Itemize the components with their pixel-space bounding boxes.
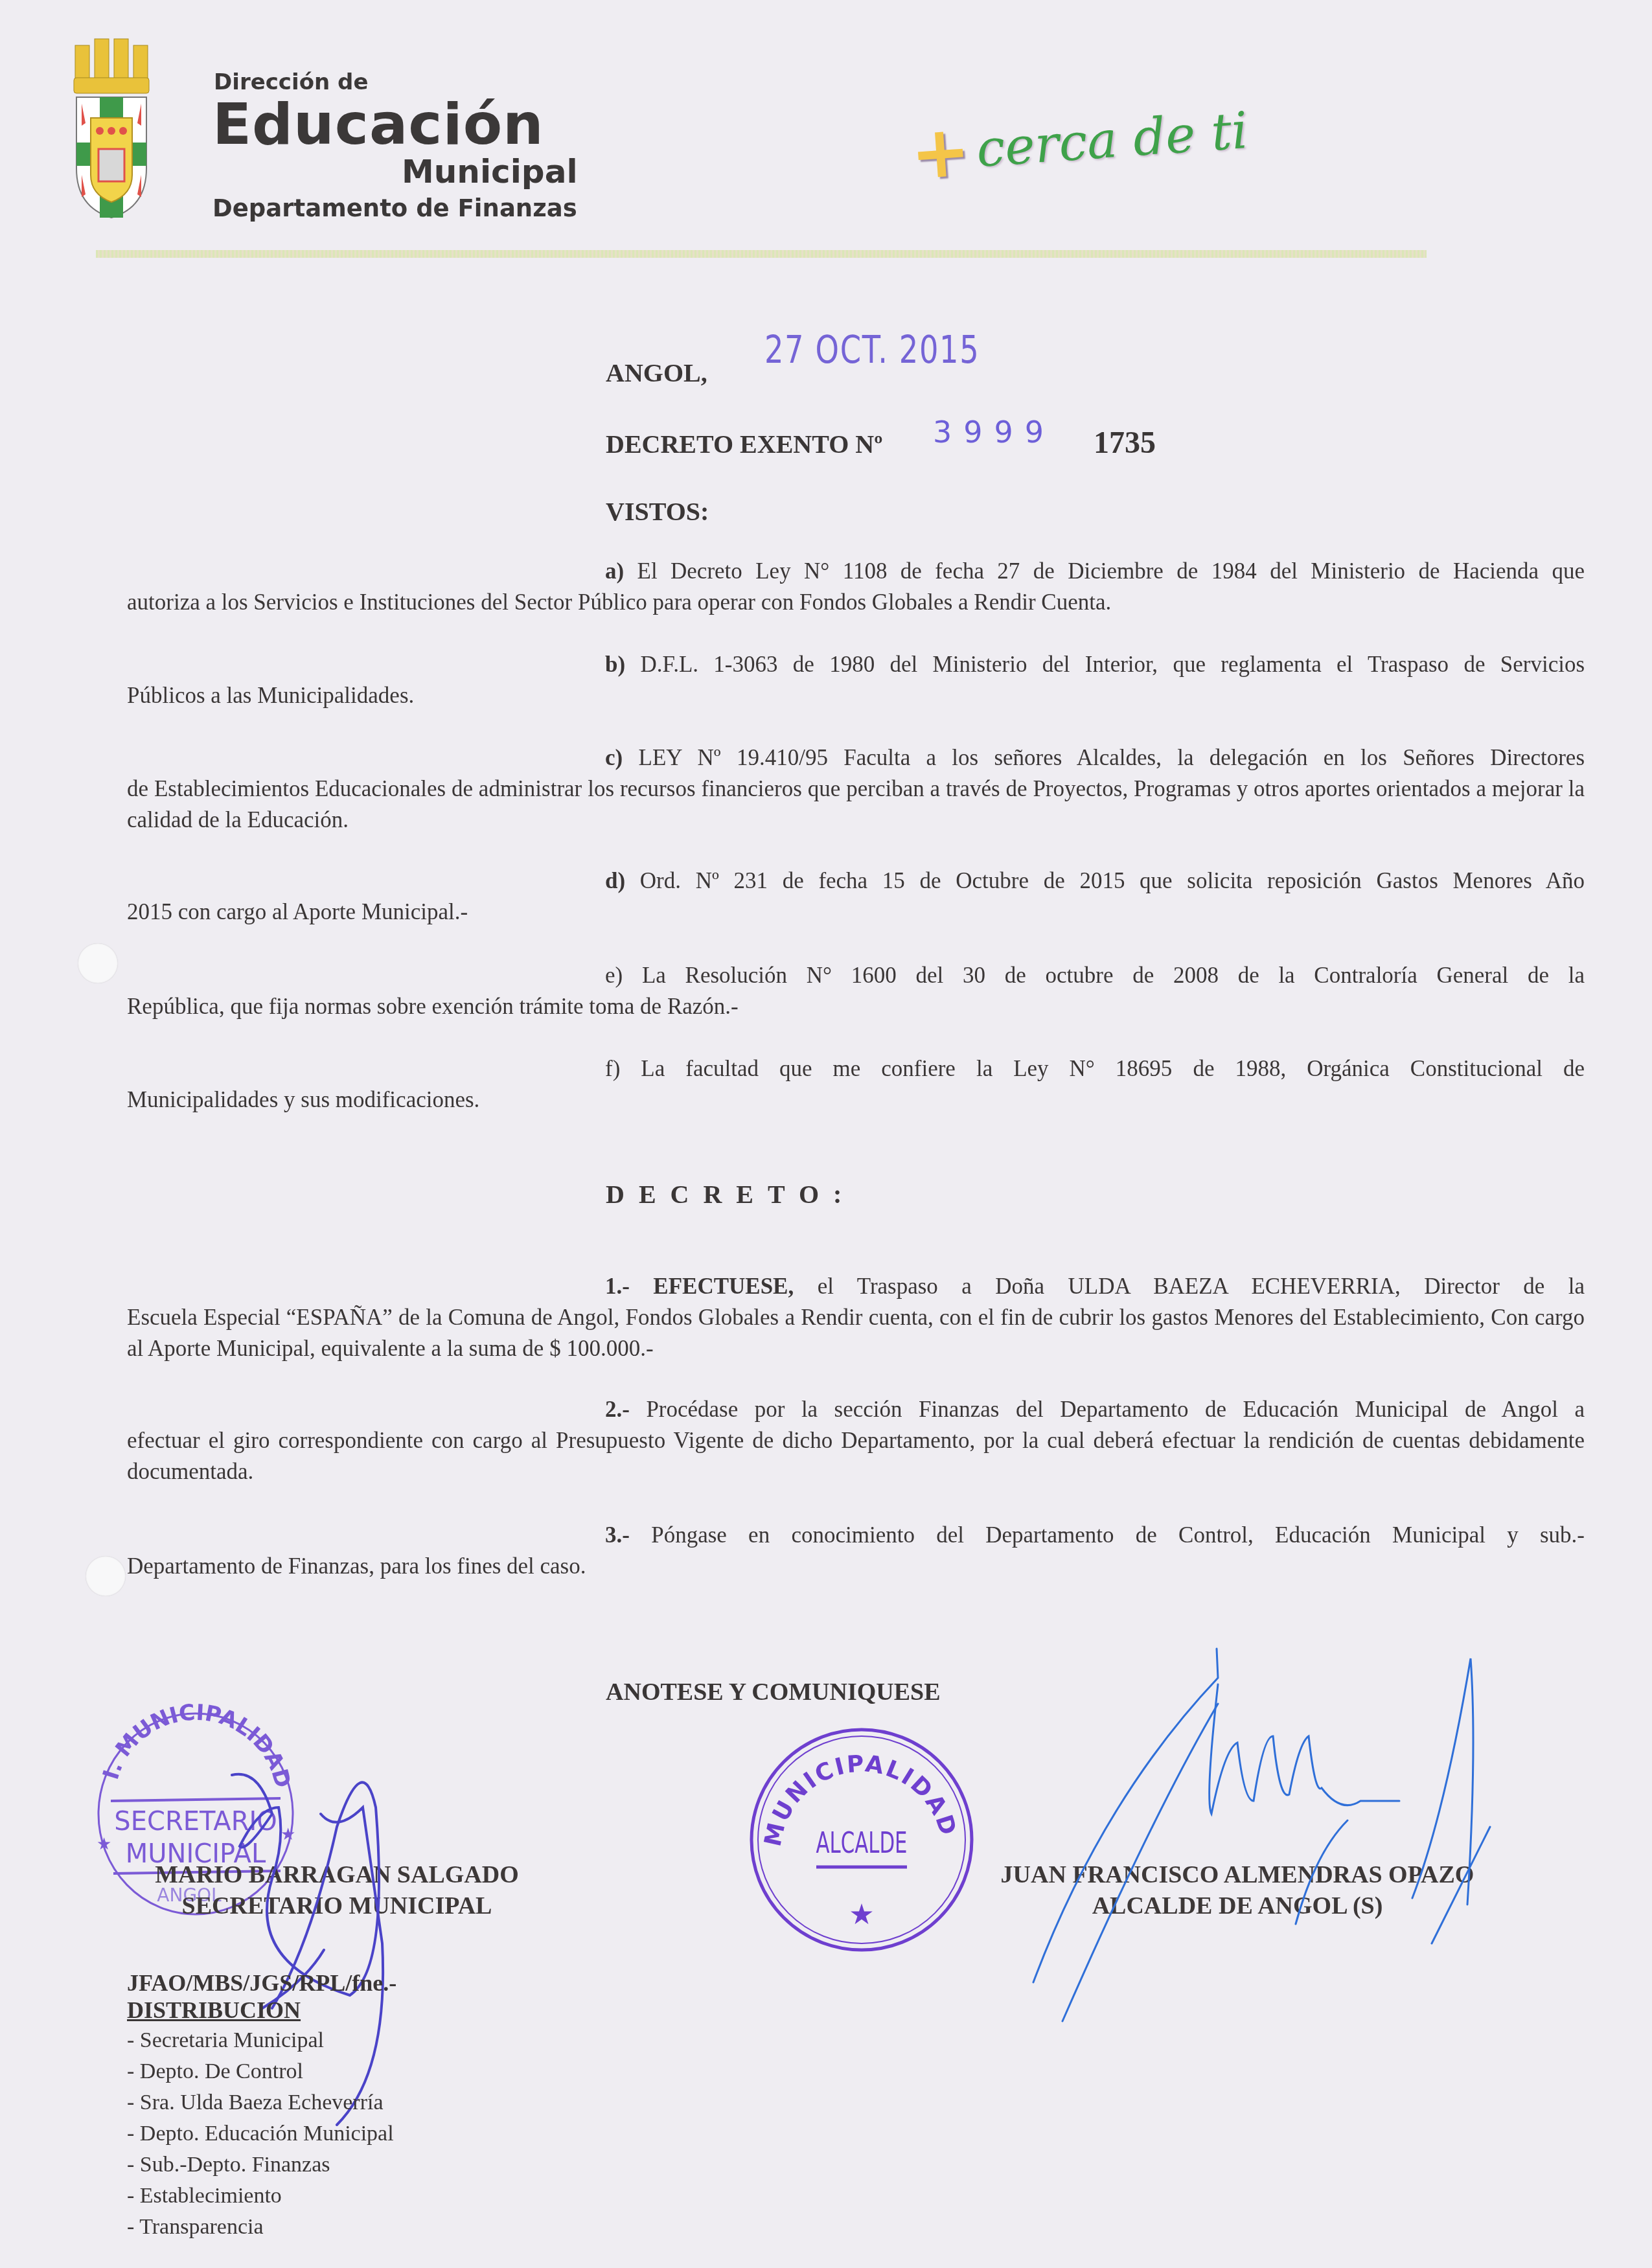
item-rest: efectuar el giro correspondiente con car… [127, 1428, 1585, 1484]
letterhead-educacion: Educación [212, 91, 544, 157]
stamp-center-text: ALCALDE [816, 1826, 907, 1859]
vistos-item-f: f) La facultad que me confiere la Ley N°… [127, 1053, 1585, 1116]
svg-text:★: ★ [849, 1899, 874, 1930]
item-first-line: D.F.L. 1-3063 de 1980 del Ministerio del… [640, 652, 1585, 677]
vistos-item-a: a) El Decreto Ley N° 1108 de fecha 27 de… [127, 556, 1585, 618]
item-first-line: Póngase en conocimiento del Departamento… [651, 1522, 1585, 1548]
svg-text:★: ★ [97, 1835, 111, 1853]
mayor-stamp: MUNICIPALIDAD DE ANGOL ALCALDE ★ [745, 1723, 978, 1956]
stamp-arc-text: I. MUNICIPALIDAD [98, 1704, 295, 1791]
item-first-line: Procédase por la sección Finanzas del De… [646, 1397, 1585, 1422]
item-lead: 3.- [605, 1522, 630, 1548]
signer-title: ALCALDE DE ANGOL (S) [972, 1890, 1503, 1921]
vistos-heading: VISTOS: [606, 496, 709, 527]
item-first-line: el Traspaso a Doña ULDA BAEZA ECHEVERRIA… [818, 1274, 1585, 1299]
distribution-item: - Depto. De Control [127, 2056, 394, 2087]
header-divider [96, 250, 1427, 258]
vistos-item-b: b) D.F.L. 1-3063 de 1980 del Ministerio … [127, 649, 1585, 711]
item-first-line: La facultad que me confiere la Ley N° 18… [641, 1056, 1585, 1081]
item-first-line: LEY Nº 19.410/95 Faculta a los señores A… [639, 745, 1585, 770]
date-stamp: 27 OCT. 2015 [764, 328, 980, 372]
municipal-coat-of-arms-logo [73, 32, 150, 220]
item-rest: Departamento de Finanzas, para los fines… [127, 1553, 586, 1579]
slogan-text: cerca de ti [974, 102, 1250, 179]
item-lead: a) [605, 558, 624, 584]
item-rest: Municipalidades y sus modificaciones. [127, 1087, 479, 1112]
slogan: + cerca de ti [908, 92, 1250, 193]
item-rest: Escuela Especial “ESPAÑA” de la Comuna d… [127, 1305, 1585, 1361]
distribution-item: - Establecimiento [127, 2181, 394, 2212]
distribution-item: - Sra. Ulda Baeza Echeverría [127, 2087, 394, 2118]
item-rest: República, que fija normas sobre exenció… [127, 994, 739, 1019]
item-first-line: La Resolución N° 1600 del 30 de octubre … [642, 963, 1585, 988]
signer-name: JUAN FRANCISCO ALMENDRAS OPAZO [972, 1859, 1503, 1890]
vistos-item-d: d) Ord. Nº 231 de fecha 15 de Octubre de… [127, 865, 1585, 928]
item-lead: b) [605, 652, 625, 677]
decree-label: DECRETO EXENTO Nº [606, 429, 882, 459]
reference-initials: JFAO/MBS/JGS/RPL/fne.- [127, 1969, 396, 1997]
item-rest: de Establecimientos Educacionales de adm… [127, 776, 1585, 832]
item-first-line: Ord. Nº 231 de fecha 15 de Octubre de 20… [640, 868, 1585, 893]
item-lead: 2.- [605, 1397, 630, 1422]
hole-punch [78, 943, 118, 983]
svg-text:I. MUNICIPALIDAD: I. MUNICIPALIDAD [98, 1704, 295, 1791]
decreto-item-1: 1.- EFECTUESE, el Traspaso a Doña ULDA B… [127, 1271, 1585, 1364]
decreto-item-3: 3.- Póngase en conocimiento del Departam… [127, 1520, 1585, 1582]
letterhead-municipal: Municipal [402, 153, 578, 190]
signer-title: SECRETARIO MUNICIPAL [130, 1890, 544, 1921]
decree-number: 1735 [1094, 425, 1156, 461]
letterhead-department: Departamento de Finanzas [212, 194, 577, 222]
vistos-item-c: c) LEY Nº 19.410/95 Faculta a los señore… [127, 742, 1585, 836]
svg-text:★: ★ [281, 1825, 295, 1844]
item-rest: autoriza a los Servicios e Instituciones… [127, 590, 1111, 615]
distribution-item: - Secretaria Municipal [127, 2025, 394, 2056]
item-lead: e) [605, 963, 623, 988]
stamp-line1: SECRETARIO [114, 1807, 277, 1837]
item-lead: f) [605, 1056, 620, 1081]
item-lead: d) [605, 868, 625, 893]
distribution-item: - Sub.-Depto. Finanzas [127, 2149, 394, 2181]
plus-icon: + [908, 115, 973, 190]
mayor-signature [1033, 1649, 1490, 2021]
decreto-heading: DECRETO: [606, 1179, 856, 1209]
distribution-item: - Depto. Educación Municipal [127, 2118, 394, 2149]
decreto-item-2: 2.- Procédase por la sección Finanzas de… [127, 1394, 1585, 1487]
closing-formula: ANOTESE Y COMUNIQUESE [606, 1678, 941, 1706]
item-first-line: El Decreto Ley N° 1108 de fecha 27 de Di… [637, 558, 1585, 584]
item-lead: c) [605, 745, 623, 770]
item-lead: 1.- EFECTUESE, [605, 1274, 794, 1299]
city-label: ANGOL, [606, 358, 707, 388]
distribution-title: DISTRIBUCION [127, 1997, 301, 2024]
item-rest: Públicos a las Municipalidades. [127, 683, 414, 708]
signer-mayor: JUAN FRANCISCO ALMENDRAS OPAZO ALCALDE D… [972, 1859, 1503, 1921]
signer-secretary: MARIO BARRAGAN SALGADO SECRETARIO MUNICI… [130, 1859, 544, 1921]
distribution-item: - Transparencia [127, 2212, 394, 2243]
vistos-item-e: e) La Resolución N° 1600 del 30 de octub… [127, 960, 1585, 1022]
hole-punch [86, 1556, 126, 1596]
item-rest: 2015 con cargo al Aporte Municipal.- [127, 899, 468, 924]
decree-number-stamp: 3999 [933, 415, 1055, 450]
distribution-list: - Secretaria Municipal - Depto. De Contr… [127, 2025, 394, 2243]
signer-name: MARIO BARRAGAN SALGADO [130, 1859, 544, 1890]
